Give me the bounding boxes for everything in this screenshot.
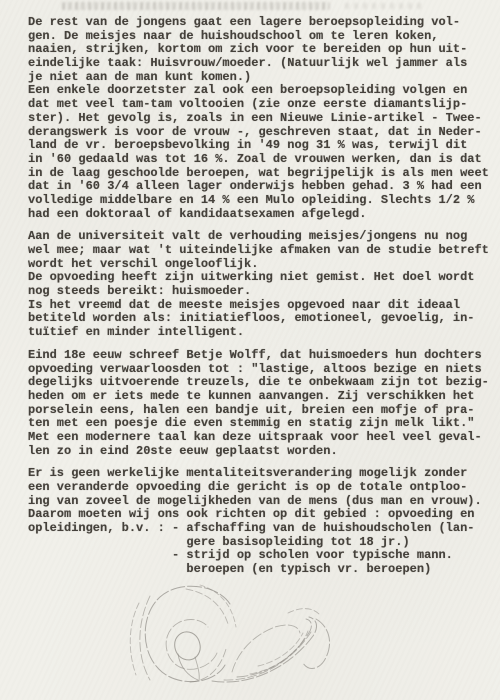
text-line: degelijks uitvoerende treuzels, die te o…	[28, 376, 494, 390]
text-line: ten met een poesje die even stemmig en s…	[28, 417, 494, 431]
text-line: had een doktoraal of kandidaatsexamen af…	[28, 208, 494, 222]
paragraph-4: Er is geen werkelijke mentaliteitsverand…	[28, 467, 494, 577]
paragraph-2: Aan de universiteit valt de verhouding m…	[28, 230, 494, 340]
text-line: Eind 18e eeuw schreef Betje Wolff, dat h…	[28, 349, 494, 363]
scanned-document-page: De rest van de jongens gaat een lagere b…	[0, 0, 500, 700]
text-line: een veranderde opvoeding die gericht is …	[28, 481, 494, 495]
text-line: eindelijke taak: Huisvrouw/moeder. (Natu…	[28, 57, 494, 71]
text-line: land de vr. beroepsbevolking in '49 nog …	[28, 139, 494, 153]
text-line: in '60 gedaald was tot 16 %. Zoal de vro…	[28, 153, 494, 167]
text-line: opleidingen, b.v. : - afschaffing van de…	[28, 522, 494, 536]
text-line: beroepen (en typisch vr. beroepen)	[28, 563, 494, 577]
bleedthrough-smudge	[62, 2, 330, 10]
text-line: dat in '60 3/4 alleen lager onderwijs he…	[28, 180, 494, 194]
text-line: naaien, strijken, kortom om zich voor te…	[28, 43, 494, 57]
text-line: De opvoeding heeft zijn uitwerking niet …	[28, 271, 494, 285]
text-line: volledige middelbare en 14 % een Mulo op…	[28, 194, 494, 208]
text-line: Daarom moeten wij ons ook richten op dit…	[28, 508, 494, 522]
text-line: heden om er iets mede te kunnen aanvange…	[28, 390, 494, 404]
text-line: dat met veel tam-tam voltooien (zie onze…	[28, 98, 494, 112]
text-line: Er is geen werkelijke mentaliteitsverand…	[28, 467, 494, 481]
text-line: Met een modernere taal kan deze uitspraa…	[28, 431, 494, 445]
text-line: tuïtief en minder intelligent.	[28, 326, 494, 340]
text-line: Aan de universiteit valt de verhouding m…	[28, 230, 494, 244]
pencil-scribble-doodle	[120, 579, 350, 699]
paragraph-3: Eind 18e eeuw schreef Betje Wolff, dat h…	[28, 349, 494, 459]
bleedthrough-smudge-right	[345, 3, 425, 9]
typewritten-text: De rest van de jongens gaat een lagere b…	[28, 16, 494, 586]
paragraph-1: De rest van de jongens gaat een lagere b…	[28, 16, 494, 221]
text-line: De rest van de jongens gaat een lagere b…	[28, 16, 494, 30]
text-line: wel mee; maar wat 't uiteindelijke afmak…	[28, 244, 494, 258]
text-line: ster). Het gevolg is, zoals in een Nieuw…	[28, 112, 494, 126]
text-line: nog steeds bereikt: huismoeder.	[28, 285, 494, 299]
text-line: len zo in eind 20ste eeuw geplaatst word…	[28, 445, 494, 459]
